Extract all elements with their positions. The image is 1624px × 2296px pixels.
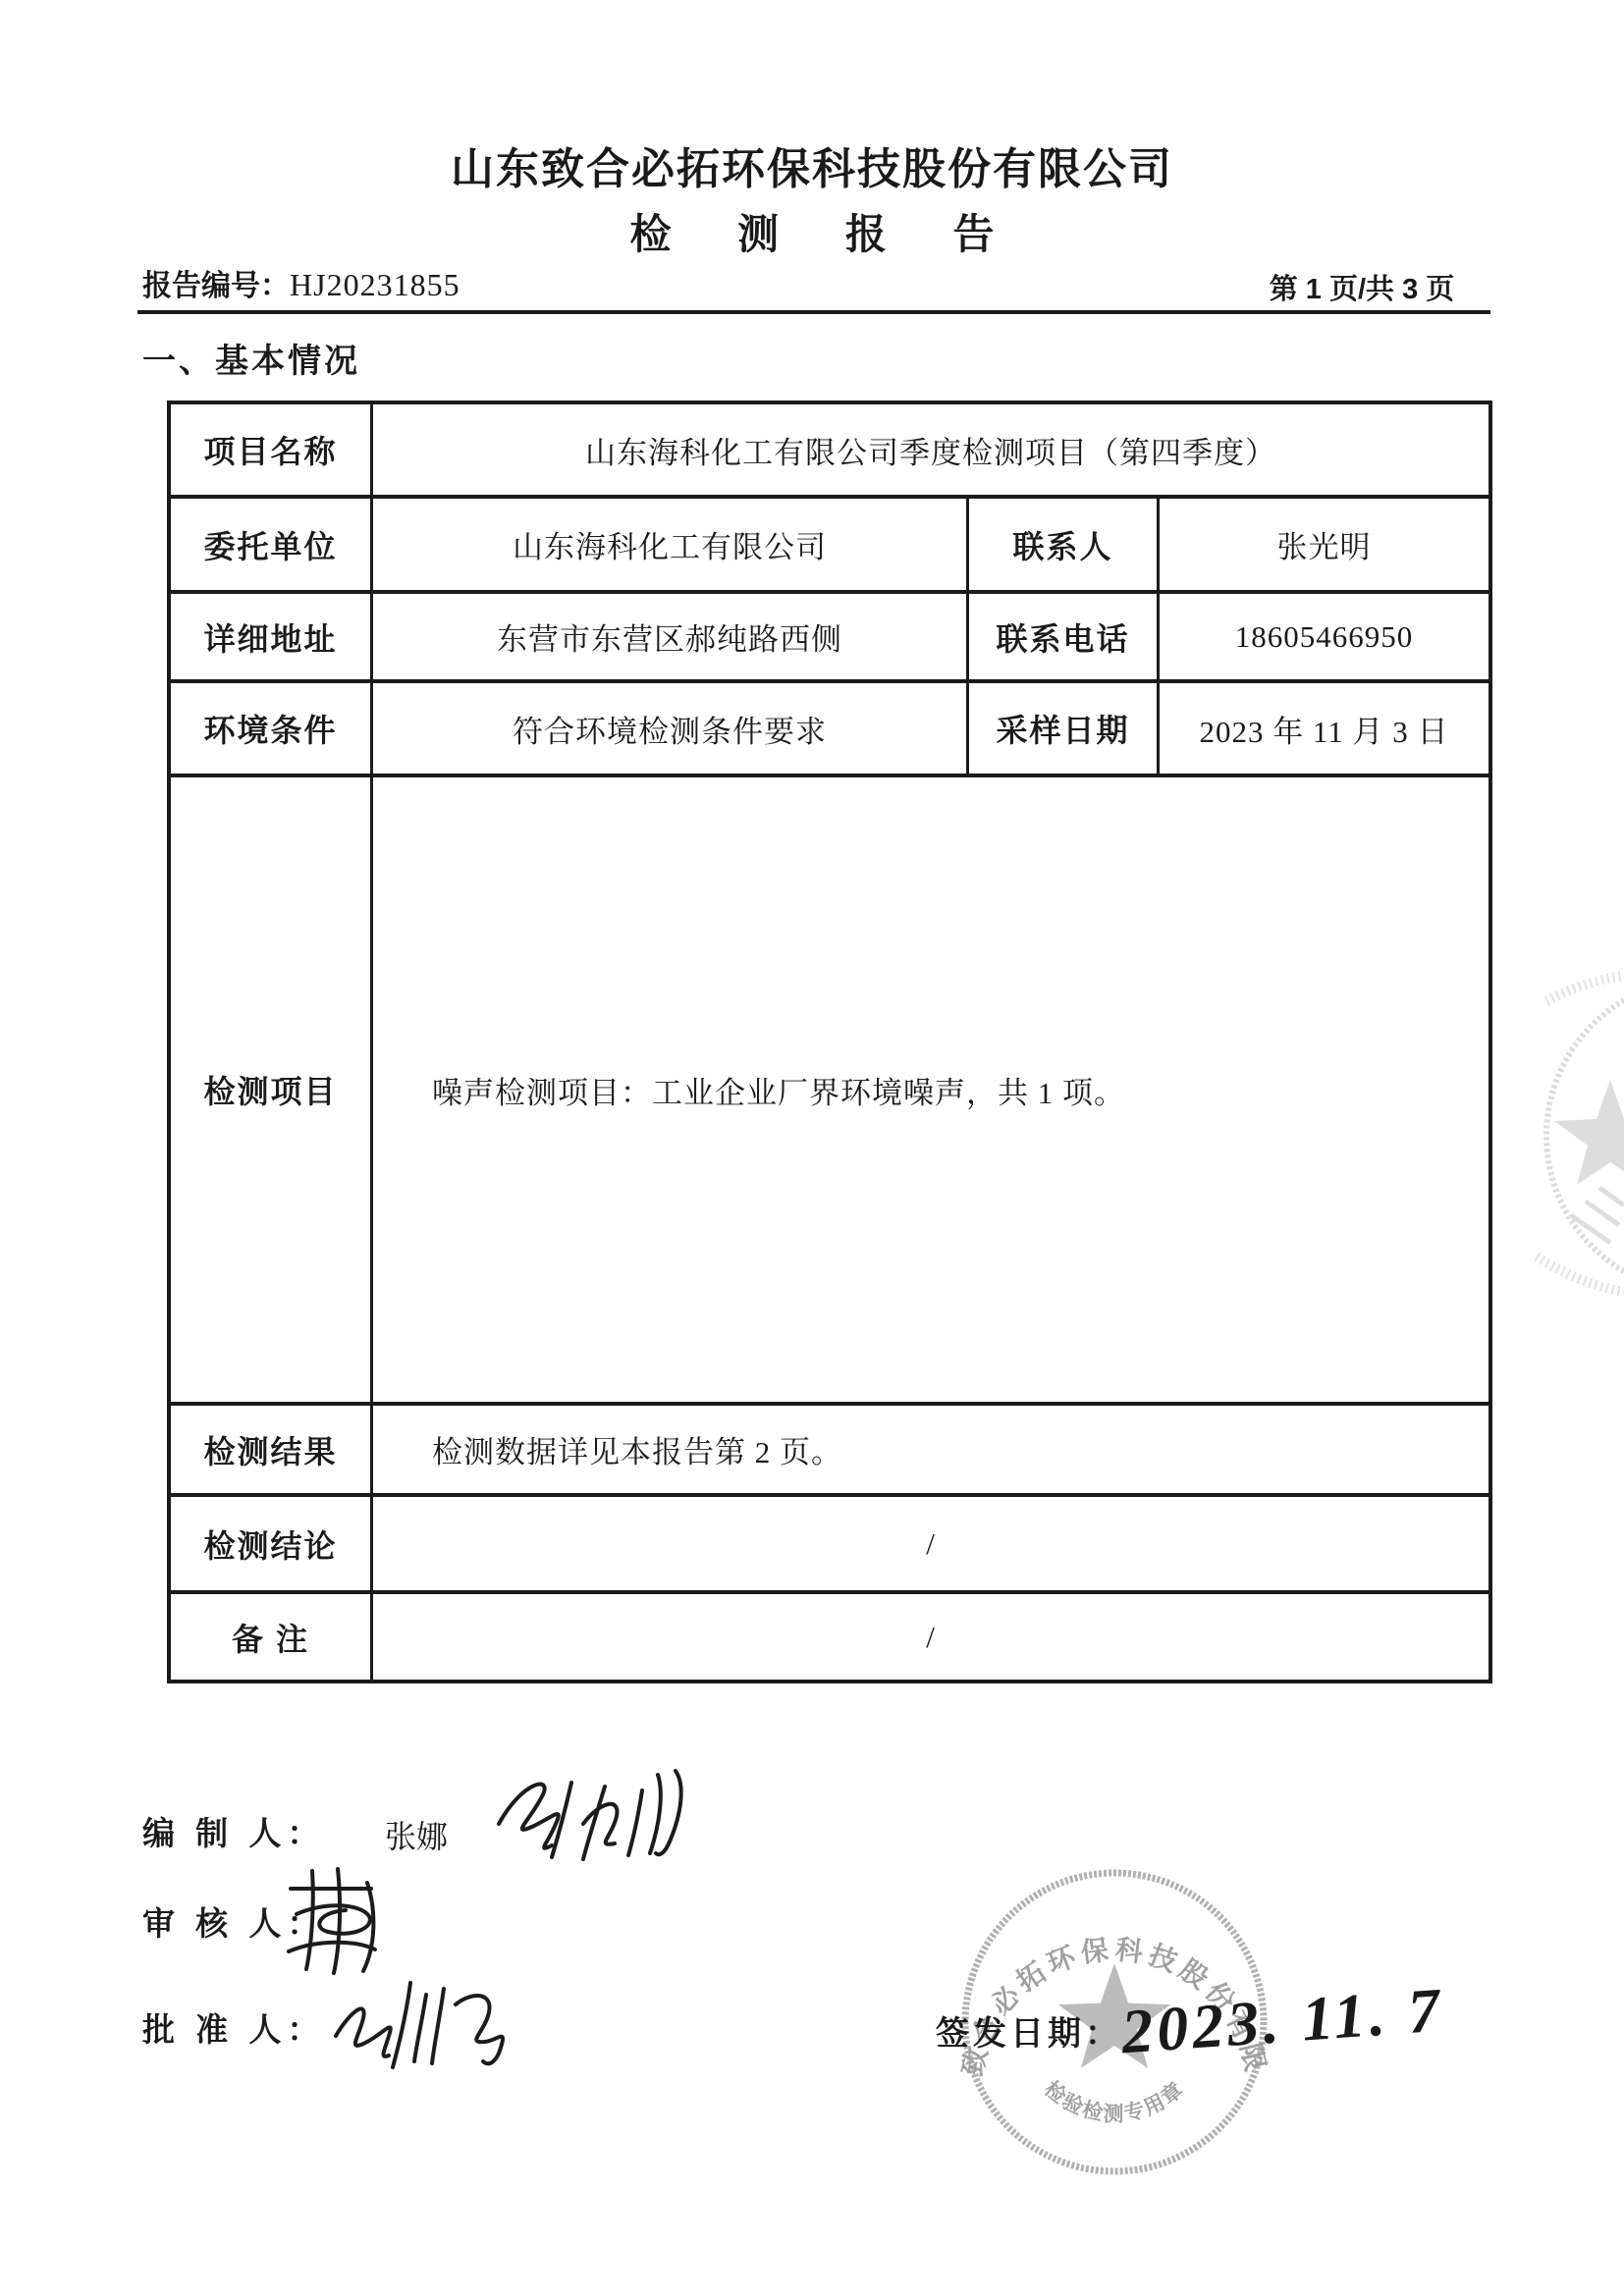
row-value-sampling-date: 2023 年 11 月 3 日 (1157, 679, 1489, 774)
row-label-sampling-date: 采样日期 (966, 679, 1157, 774)
section-heading: 一、基本情况 (142, 334, 360, 382)
issue-date-label: 签发日期： (936, 2006, 1122, 2055)
row-label-phone: 联系电话 (966, 590, 1157, 679)
row-value-phone: 18605466950 (1157, 590, 1489, 679)
page-indicator: 第 1 页/共 3 页 (1231, 267, 1492, 307)
row-value-project-name: 山东海科化工有限公司季度检测项目（第四季度） (370, 404, 1489, 495)
report-number-line: 报告编号：HJ20231855 (142, 261, 460, 304)
row-label-remarks: 备 注 (171, 1590, 370, 1680)
row-label-conclusion: 检测结论 (171, 1493, 370, 1590)
svg-text:检验检测专用章: 检验检测专用章 (1040, 2077, 1189, 2126)
stamp-bottom-arc-text: 检验检测专用章 (1040, 2077, 1189, 2126)
row-value-conclusion: / (370, 1493, 1489, 1590)
basic-info-table: 项目名称 山东海科化工有限公司季度检测项目（第四季度） 委托单位 山东海科化工有… (167, 400, 1492, 1683)
row-label-contact-person: 联系人 (966, 495, 1157, 590)
row-label-address: 详细地址 (171, 590, 370, 679)
partial-stamp (1517, 962, 1624, 1315)
approver-label: 批 准 人： (142, 2004, 325, 2051)
row-value-contact-person: 张光明 (1157, 495, 1489, 590)
preparer-signature (489, 1763, 725, 1871)
report-number-label: 报告编号： (142, 270, 290, 302)
row-value-environment: 符合环境检测条件要求 (370, 679, 966, 774)
document-title: 检 测 报 告 (0, 202, 1624, 261)
row-label-client: 委托单位 (171, 495, 370, 590)
row-label-project-name: 项目名称 (171, 404, 370, 495)
partial-stamp-star-icon (1554, 1080, 1624, 1185)
row-value-test-items: 噪声检测项目：工业企业厂界环境噪声，共 1 项。 (370, 774, 1489, 1402)
row-value-remarks: / (370, 1590, 1489, 1680)
header-divider (137, 310, 1490, 314)
company-title: 山东致合必拓环保科技股份有限公司 (0, 133, 1624, 196)
reviewer-signature (273, 1863, 420, 1981)
report-page: 山东致合必拓环保科技股份有限公司 检 测 报 告 报告编号：HJ20231855… (0, 0, 1624, 2296)
row-value-test-results: 检测数据详见本报告第 2 页。 (370, 1402, 1489, 1493)
approver-signature (324, 1971, 520, 2079)
row-value-address: 东营市东营区郝纯路西侧 (370, 590, 966, 679)
preparer-label: 编 制 人： (142, 1808, 325, 1854)
row-value-client: 山东海科化工有限公司 (370, 495, 966, 590)
row-label-environment: 环境条件 (171, 679, 370, 774)
report-number-value: HJ20231855 (290, 267, 460, 302)
preparer-printed-name: 张娜 (385, 1812, 448, 1857)
row-label-test-items: 检测项目 (171, 774, 370, 1402)
row-label-test-results: 检测结果 (171, 1402, 370, 1493)
